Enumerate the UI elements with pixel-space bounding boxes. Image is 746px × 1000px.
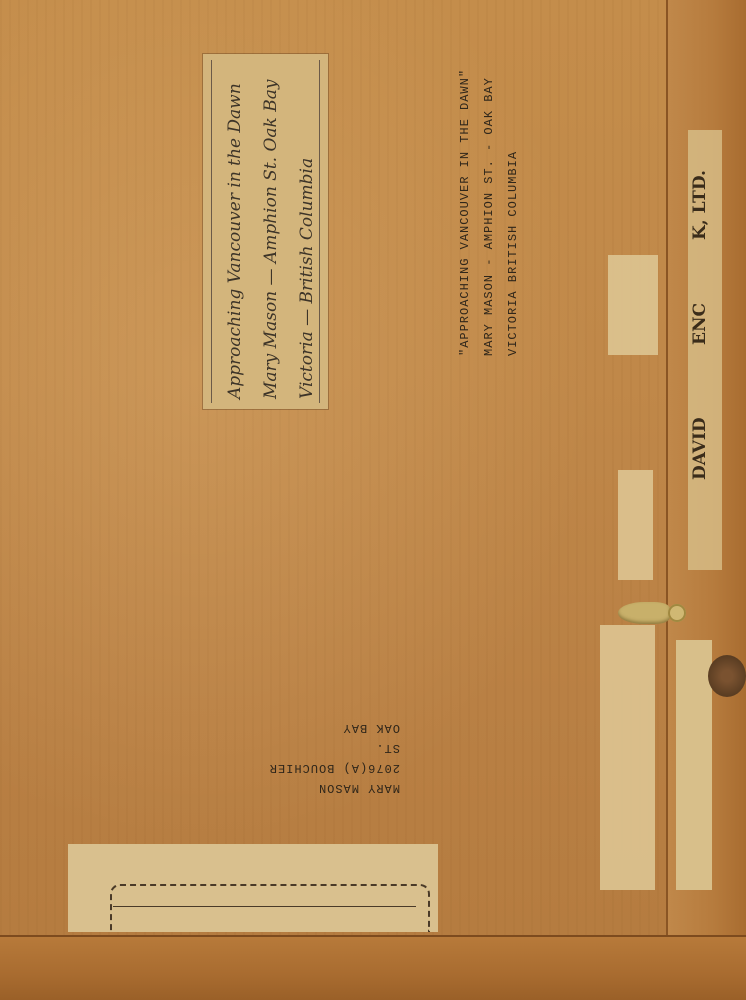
torn-shipping-label	[68, 844, 438, 932]
stamp-word-david: DAVID	[690, 417, 710, 480]
address-name: MARY MASON	[240, 778, 400, 798]
brass-turn-button	[618, 602, 670, 624]
handwritten-title-label: Approaching Vancouver in the Dawn Mary M…	[203, 54, 328, 409]
pencil-title: "APPROACHING VANCOUVER IN THE DAWN"	[458, 69, 472, 356]
address-street: 2076(A) BOUCHIER ST.	[240, 738, 400, 778]
framer-stamp-strip: DAVID ENC K, LTD.	[680, 130, 728, 570]
upside-down-address: MARY MASON 2076(A) BOUCHIER ST. OAK BAY	[240, 718, 400, 798]
address-area: OAK BAY	[240, 718, 400, 738]
label-line-3: Victoria — British Columbia	[297, 158, 317, 399]
wood-knot	[708, 655, 746, 697]
pencil-artist-address: MARY MASON - AMPHION ST. - OAK BAY	[482, 77, 496, 356]
pencil-city: VICTORIA BRITISH COLUMBIA	[506, 151, 520, 356]
torn-paper-tape	[600, 625, 655, 890]
screw-icon	[668, 604, 686, 622]
label-line-2: Mary Mason — Amphion St. Oak Bay	[261, 80, 281, 399]
torn-paper-tape	[608, 255, 658, 355]
torn-paper-tape	[676, 640, 712, 890]
frame-bottom-edge	[0, 935, 746, 1000]
stamp-word-ltd: K, LTD.	[690, 170, 710, 240]
label-rule-line	[113, 906, 416, 907]
torn-paper-tape	[618, 470, 653, 580]
label-line-1: Approaching Vancouver in the Dawn	[225, 83, 245, 399]
stamp-word-enc: ENC	[690, 303, 710, 345]
label-scalloped-border	[110, 884, 430, 932]
